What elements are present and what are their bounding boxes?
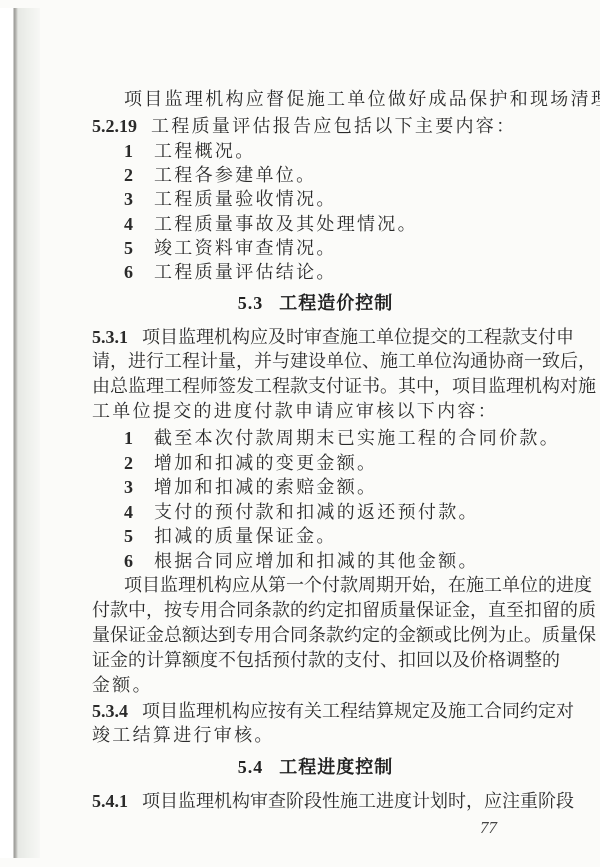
item-number: 4 <box>124 500 154 524</box>
list-item: 2工程各参建单位。 <box>92 163 571 187</box>
item-text: 工程质量事故及其处理情况。 <box>154 214 418 235</box>
paragraph-line: 量保证金总额达到专用合同条款约定的金额或比例为止。质量保 <box>92 624 539 648</box>
binding-shadow <box>0 8 40 858</box>
item-number: 2 <box>124 451 154 475</box>
paragraph-line: 竣工结算进行审核。 <box>92 724 539 748</box>
clause-number: 5.4.1 <box>92 791 128 811</box>
paragraph-line: 金额。 <box>92 674 539 698</box>
section-number: 5.4 <box>238 757 264 777</box>
item-text: 支付的预付款和扣减的返还预付款。 <box>154 502 479 523</box>
list-item: 3工程质量验收情况。 <box>92 187 571 211</box>
item-text: 工程质量验收情况。 <box>154 189 337 210</box>
clause-number: 5.2.19 <box>92 116 137 136</box>
clause-5-4-1: 5.4.1项目监理机构审查阶段性施工进度计划时，应注重阶段 <box>92 789 539 813</box>
list-item: 6工程质量评估结论。 <box>92 260 571 284</box>
paragraph-line: 付款中，按专用合同条款的约定扣留质量保证金，直至扣留的质 <box>92 599 539 623</box>
clause-text: 项目监理机构应及时审查施工单位提交的工程款支付申 <box>142 327 574 348</box>
list-item: 4支付的预付款和扣减的返还预付款。 <box>92 500 571 524</box>
item-number: 4 <box>124 212 154 236</box>
clause-text: 项目监理机构应按有关工程结算规定及施工合同约定对 <box>142 701 574 722</box>
item-text: 增加和扣减的变更金额。 <box>154 453 377 474</box>
list-item: 6根据合同应增加和扣减的其他金额。 <box>92 549 571 573</box>
clause-number: 5.3.4 <box>92 701 128 721</box>
item-text: 扣减的质量保证金。 <box>154 526 337 547</box>
list-item: 1截至本次付款周期末已实施工程的合同价款。 <box>92 426 571 450</box>
paragraph-line: 请，进行工程计量，并与建设单位、施工单位沟通协商一致后， <box>92 350 539 374</box>
clause-5-3-1: 5.3.1项目监理机构应及时审查施工单位提交的工程款支付申 <box>92 325 539 349</box>
clause-number: 5.3.1 <box>92 327 128 347</box>
list-item: 5竣工资料审查情况。 <box>92 236 571 260</box>
section-title: 工程进度控制 <box>279 757 393 778</box>
section-title: 工程造价控制 <box>279 293 393 314</box>
paragraph-line: 项目监理机构应督促施工单位做好成品保护和现场清理。 <box>92 88 539 112</box>
clause-5-2-19: 5.2.19工程质量评估报告应包括以下主要内容： <box>92 114 539 138</box>
item-text: 工程概况。 <box>154 141 256 162</box>
clause-text: 工程质量评估报告应包括以下主要内容： <box>151 116 516 137</box>
clause-5-3-4: 5.3.4项目监理机构应按有关工程结算规定及施工合同约定对 <box>92 699 539 723</box>
list-item: 3增加和扣减的索赔金额。 <box>92 475 571 499</box>
list-item: 4工程质量事故及其处理情况。 <box>92 212 571 236</box>
item-text: 工程各参建单位。 <box>154 165 316 186</box>
item-number: 6 <box>124 260 154 284</box>
item-number: 1 <box>124 426 154 450</box>
item-number: 2 <box>124 163 154 187</box>
page-number: 77 <box>480 818 497 838</box>
section-heading-5-3: 5.3工程造价控制 <box>92 291 539 316</box>
item-text: 竣工资料审查情况。 <box>154 238 337 259</box>
list-item: 2增加和扣减的变更金额。 <box>92 451 571 475</box>
item-number: 3 <box>124 475 154 499</box>
list-item: 1工程概况。 <box>92 139 571 163</box>
paragraph-line: 项目监理机构应从第一个付款周期开始，在施工单位的进度 <box>92 574 539 598</box>
paragraph-line: 工单位提交的进度付款申请应审核以下内容： <box>92 400 539 424</box>
item-number: 3 <box>124 187 154 211</box>
item-number: 1 <box>124 139 154 163</box>
paragraph-line: 证金的计算额度不包括预付款的支付、扣回以及价格调整的 <box>92 649 539 673</box>
item-number: 5 <box>124 524 154 548</box>
item-number: 6 <box>124 549 154 573</box>
section-heading-5-4: 5.4工程进度控制 <box>92 755 539 780</box>
item-text: 工程质量评估结论。 <box>154 262 337 283</box>
item-text: 根据合同应增加和扣减的其他金额。 <box>154 551 479 572</box>
paragraph-line: 由总监理工程师签发工程款支付证书。其中，项目监理机构对施 <box>92 375 539 399</box>
section-number: 5.3 <box>238 293 264 313</box>
clause-text: 项目监理机构审查阶段性施工进度计划时，应注重阶段 <box>142 791 574 812</box>
item-text: 截至本次付款周期末已实施工程的合同价款。 <box>154 428 560 449</box>
list-item: 5扣减的质量保证金。 <box>92 524 571 548</box>
item-text: 增加和扣减的索赔金额。 <box>154 477 377 498</box>
item-number: 5 <box>124 236 154 260</box>
